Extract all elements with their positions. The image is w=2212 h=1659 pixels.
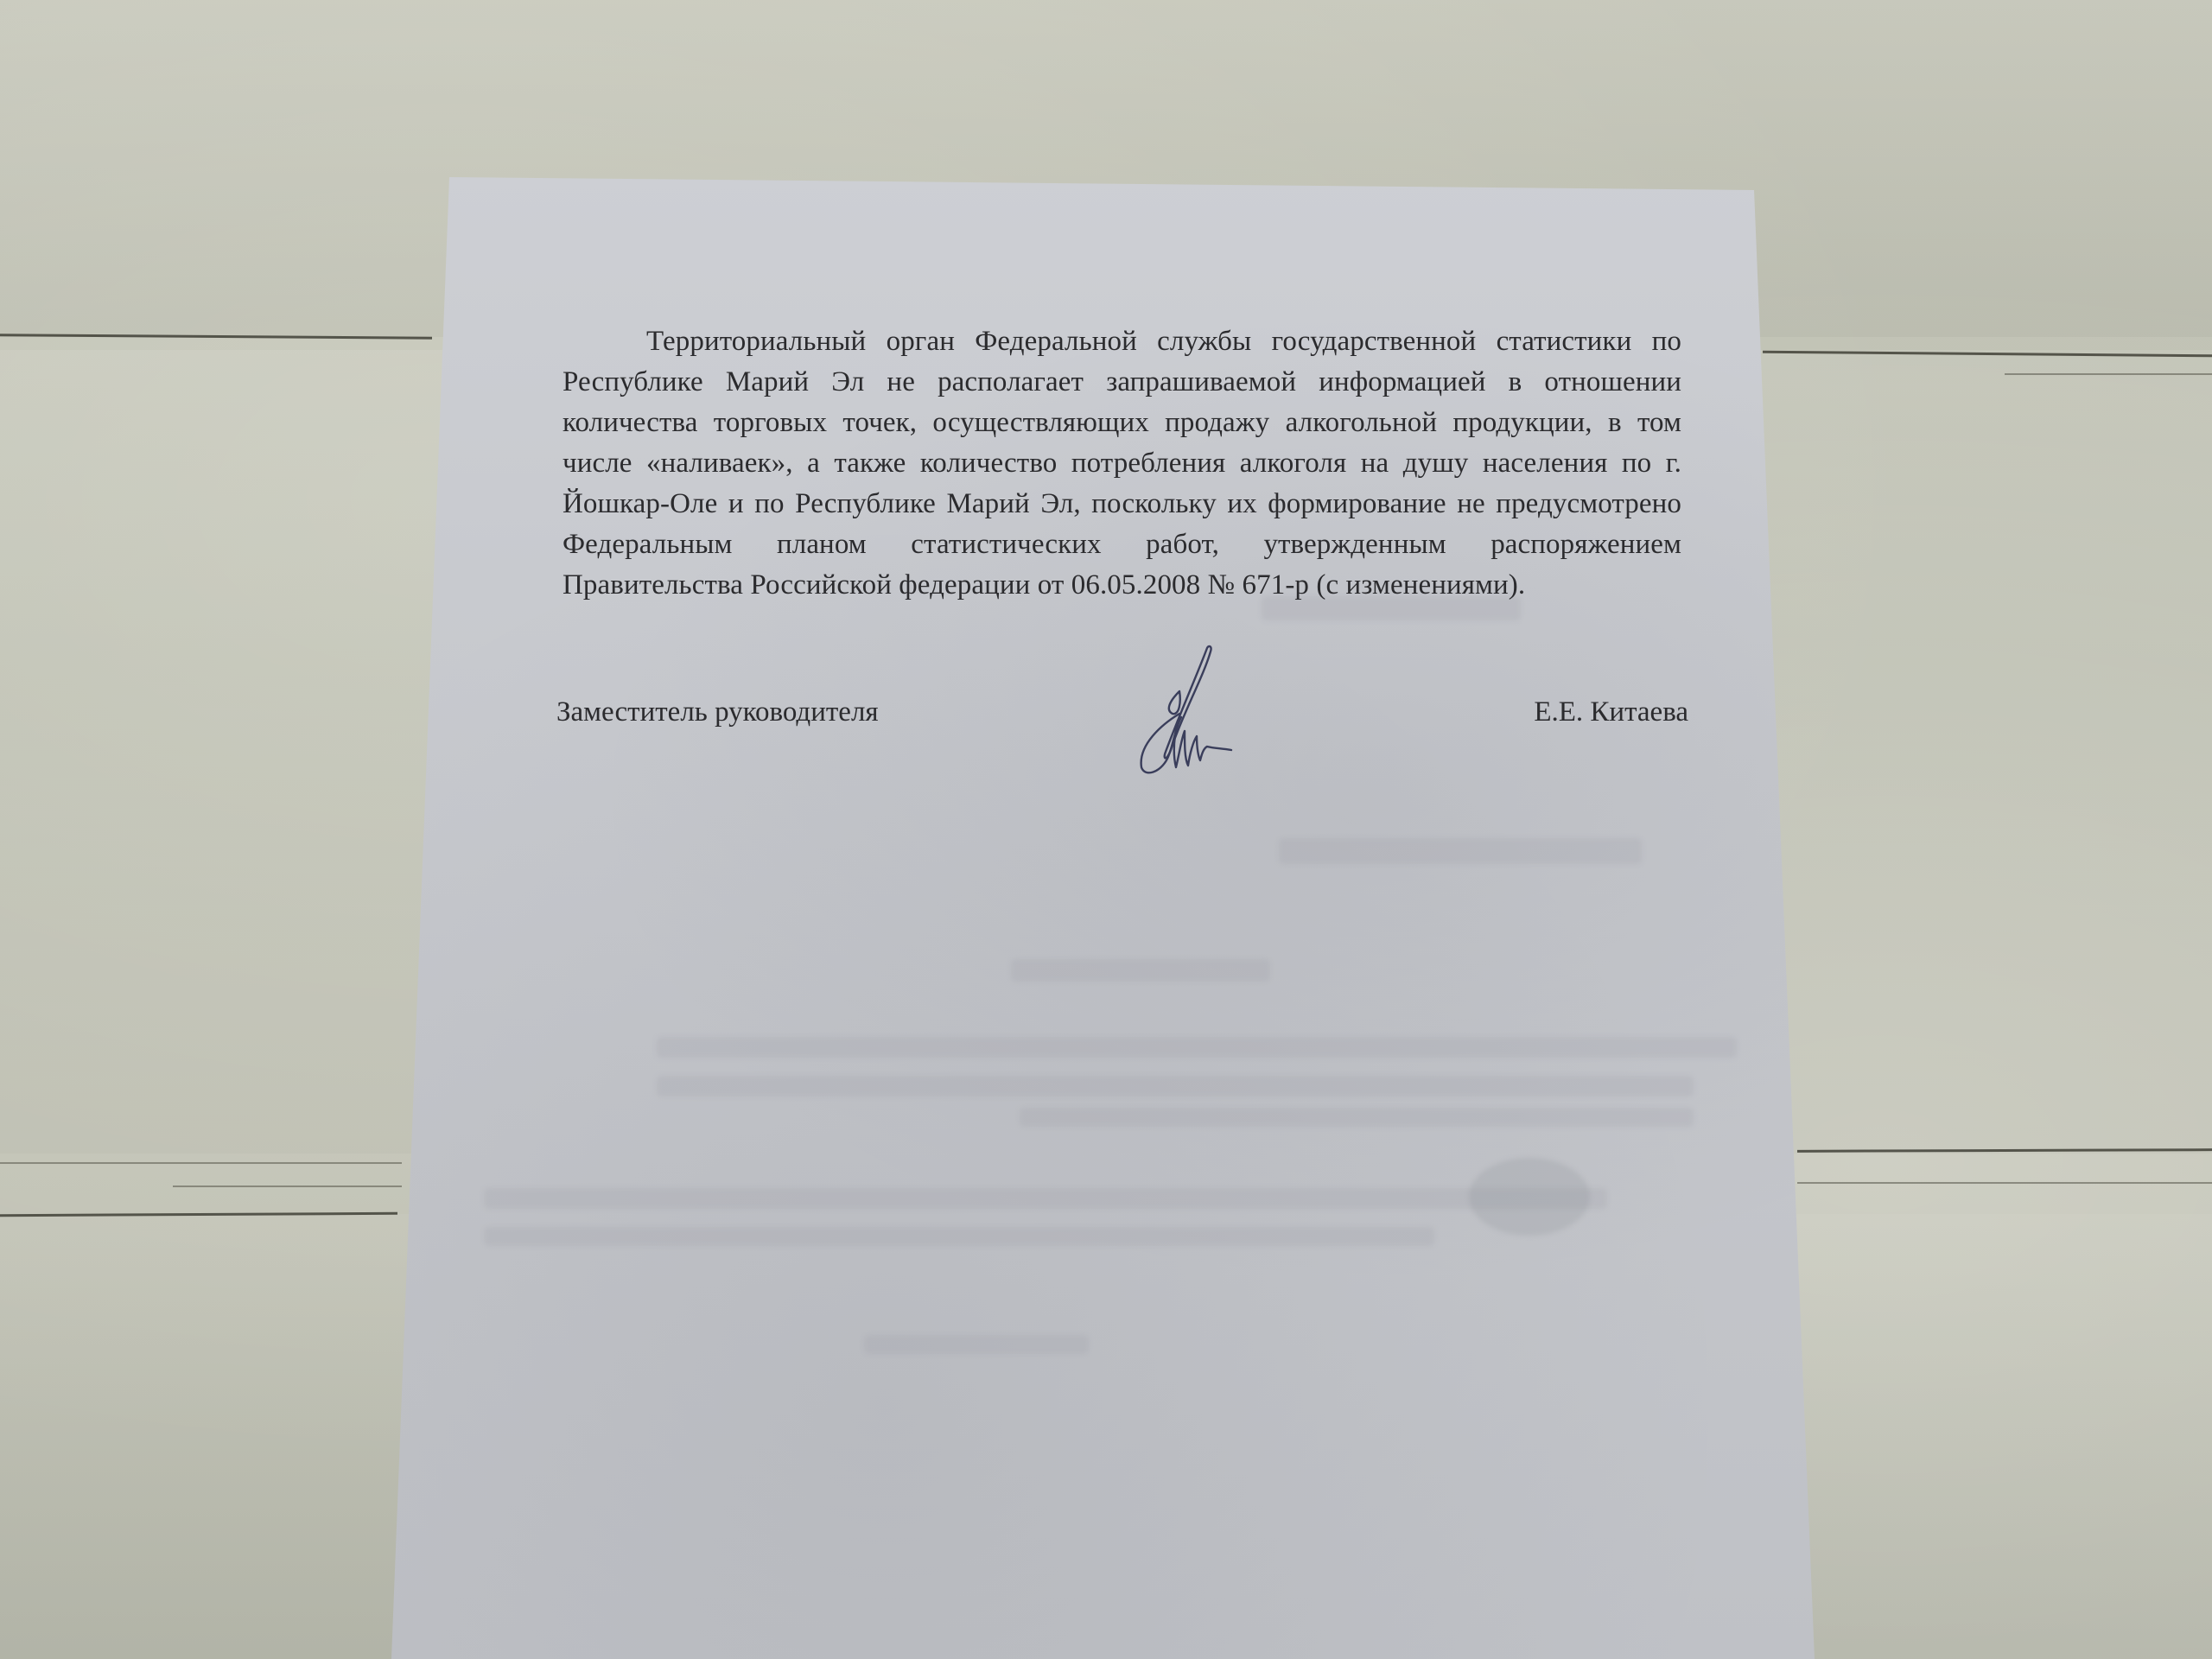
board-seam-right-lower-2: [1797, 1182, 2212, 1184]
signatory-name: Е.Е. Китаева: [1534, 696, 1688, 728]
bleed-through-mark: [1020, 1108, 1694, 1127]
board-seam-right-upper-2: [2005, 373, 2212, 375]
letter-body: Территориальный орган Федеральной службы…: [563, 321, 1681, 606]
signatory-position: Заместитель руководителя: [556, 696, 879, 728]
paper-crease-shadow: [1469, 1158, 1590, 1236]
bleed-through-mark: [864, 1335, 1089, 1354]
body-paragraph: Территориальный орган Федеральной службы…: [563, 321, 1681, 606]
handwritten-signature-icon: [1128, 641, 1240, 779]
bleed-through-mark: [657, 1037, 1737, 1058]
bleed-through-mark: [484, 1227, 1434, 1246]
bleed-through-mark: [1011, 959, 1270, 982]
bleed-through-mark: [657, 1076, 1694, 1096]
signature-block: Заместитель руководителя Е.Е. Китаева: [556, 696, 1688, 740]
bleed-through-mark: [1279, 838, 1642, 864]
board-seam-left-mid: [0, 1162, 402, 1164]
board-seam-left-mid-2: [173, 1185, 402, 1187]
bleed-through-mark: [484, 1188, 1607, 1209]
